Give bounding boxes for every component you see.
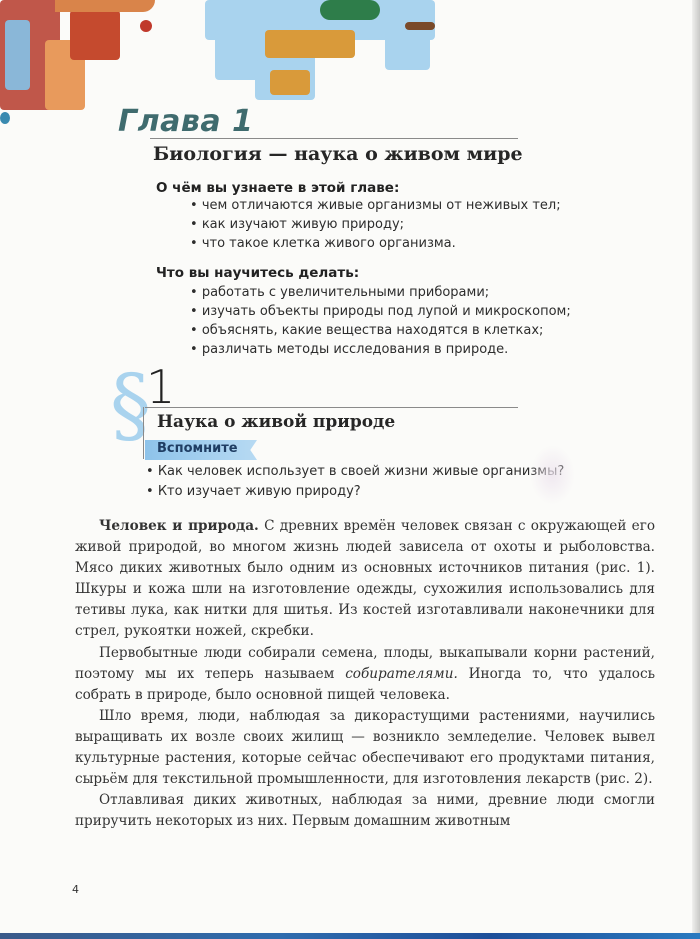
chapter-label: Глава 1	[118, 104, 253, 139]
learn-item: как изучают живую природу;	[190, 215, 561, 234]
paragraph-vertical-rule	[143, 407, 144, 459]
bleed-through-mark	[530, 445, 575, 505]
key-term: собирателями.	[345, 666, 458, 682]
skills-item: объяснять, какие вещества находятся в кл…	[190, 321, 571, 340]
body-paragraph: Человек и природа. С древних времён чело…	[75, 516, 655, 643]
paragraph-lead: Человек и природа.	[99, 518, 259, 534]
paragraph-sign-icon: §	[110, 365, 151, 447]
paragraph-divider	[145, 407, 518, 408]
bottom-color-strip	[0, 933, 700, 939]
recall-item: Как человек использует в своей жизни жив…	[146, 462, 564, 482]
body-paragraph: Первобытные люди собирали семена, плоды,…	[75, 643, 655, 706]
puzzle-illustration-banner	[0, 0, 440, 120]
learn-heading: О чём вы узнаете в этой главе:	[156, 180, 399, 196]
paragraph-title: Наука о живой природе	[157, 412, 395, 432]
chapter-title: Биология — наука о живом мире	[153, 143, 523, 165]
skills-item: работать с увеличительными приборами;	[190, 283, 571, 302]
learn-list: чем отличаются живые организмы от неживы…	[190, 196, 561, 253]
skills-heading: Что вы научитесь делать:	[156, 265, 359, 281]
recall-item: Кто изучает живую природу?	[146, 482, 564, 502]
chapter-divider	[150, 138, 518, 139]
recall-list: Как человек использует в своей жизни жив…	[146, 462, 564, 502]
paragraph-text: С древних времён человек связан с окружа…	[75, 518, 655, 639]
recall-label: Вспомните	[157, 441, 238, 456]
page-edge-shadow	[692, 0, 700, 939]
body-paragraph: Шло время, люди, наблюдая за дикорастущи…	[75, 706, 655, 790]
body-text: Человек и природа. С древних времён чело…	[75, 516, 655, 832]
body-paragraph: Отлавливая диких животных, наблюдая за н…	[75, 790, 655, 832]
paragraph-number: 1	[146, 360, 175, 414]
skills-item: изучать объекты природы под лупой и микр…	[190, 302, 571, 321]
page-number: 4	[72, 883, 79, 896]
skills-item: различать методы исследования в природе.	[190, 340, 571, 359]
skills-list: работать с увеличительными приборами; из…	[190, 283, 571, 359]
learn-item: что такое клетка живого организма.	[190, 234, 561, 253]
learn-item: чем отличаются живые организмы от неживы…	[190, 196, 561, 215]
